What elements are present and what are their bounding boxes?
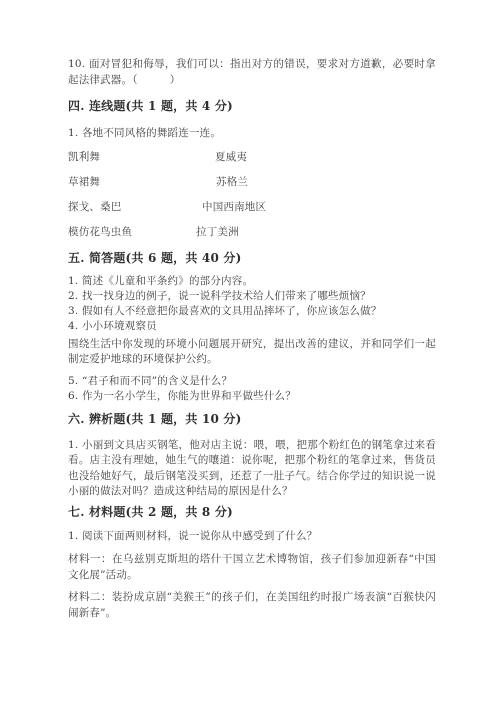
section-title-material: 七. 材料题(共 2 题，共 8 分) bbox=[68, 504, 436, 520]
matching-pairs: 凯利舞夏威夷 草裙舞苏格兰 探戈、桑巴中国西南地区 模仿花鸟虫鱼拉丁美洲 bbox=[68, 150, 436, 240]
exam-page: 10. 面对冒犯和侮辱，我们可以：指出对方的错误，要求对方道歉，必要时拿起法律武… bbox=[0, 0, 500, 707]
matching-left-item: 草裙舞 bbox=[68, 175, 196, 190]
matching-right-item: 拉丁美洲 bbox=[196, 226, 239, 238]
matching-question: 1. 各地不同风格的舞蹈连一连。 bbox=[68, 126, 436, 142]
matching-row: 草裙舞苏格兰 bbox=[68, 175, 436, 190]
material-question: 1. 阅读下面两则材料，说一说你从中感受到了什么？ bbox=[68, 529, 436, 545]
section-title-matching: 四. 连线题(共 1 题，共 4 分) bbox=[68, 98, 436, 114]
discrimination-question: 1. 小丽到文具店买钢笔，他对店主说：喂，喂，把那个粉红色的钢笔拿过来看看。店主… bbox=[68, 438, 436, 500]
short-answer-items-1-4: 1. 简述《儿童和平条约》的部分内容。 2. 找一找身边的例子，说一说科学技术给… bbox=[68, 274, 436, 334]
material-1-text: 材料一：在乌兹别克斯坦的塔什干国立艺术博物馆，孩子们参加迎新春“中国文化展”活动… bbox=[68, 552, 436, 583]
short-answer-items-5-6: 5. “君子和而不同”的含义是什么？ 6. 作为一名小学生，你能为世界和平做些什… bbox=[68, 374, 436, 404]
section-title-short-answer: 五. 简答题(共 6 题，共 40 分) bbox=[68, 250, 436, 266]
short-answer-item-3: 3. 假如有人不经意把你最喜欢的文具用品摔坏了，你应该怎么做？ bbox=[68, 304, 436, 319]
matching-left-item: 探戈、桑巴 bbox=[68, 200, 196, 215]
matching-right-item: 夏威夷 bbox=[196, 151, 247, 163]
matching-left-item: 凯利舞 bbox=[68, 150, 196, 165]
material-2-text: 材料二：装扮成京剧“美猴王”的孩子们，在美国纽约时报广场表演“百猴快闪闹新春”。 bbox=[68, 590, 436, 621]
matching-row: 探戈、桑巴中国西南地区 bbox=[68, 200, 436, 215]
section-title-discrimination: 六. 辨析题(共 1 题，共 10 分) bbox=[68, 411, 436, 427]
page-content: 10. 面对冒犯和侮辱，我们可以：指出对方的错误，要求对方道歉，必要时拿起法律武… bbox=[0, 0, 500, 621]
matching-row: 凯利舞夏威夷 bbox=[68, 150, 436, 165]
short-answer-item-4: 4. 小小环境观察员 bbox=[68, 319, 436, 334]
short-answer-item-1: 1. 简述《儿童和平条约》的部分内容。 bbox=[68, 274, 436, 289]
matching-right-item: 苏格兰 bbox=[196, 176, 248, 188]
matching-left-item: 模仿花鸟虫鱼 bbox=[68, 225, 196, 240]
matching-right-item: 中国西南地区 bbox=[196, 201, 266, 213]
short-answer-q4-detail: 围绕生活中你发现的环境小问题展开研究，提出改善的建议，并和同学们一起制定爱护地球… bbox=[68, 337, 436, 368]
short-answer-item-2: 2. 找一找身边的例子，说一说科学技术给人们带来了哪些烦恼？ bbox=[68, 289, 436, 304]
matching-row: 模仿花鸟虫鱼拉丁美洲 bbox=[68, 225, 436, 240]
short-answer-item-5: 5. “君子和而不同”的含义是什么？ bbox=[68, 374, 436, 389]
short-answer-item-6: 6. 作为一名小学生，你能为世界和平做些什么？ bbox=[68, 389, 436, 404]
question-10: 10. 面对冒犯和侮辱，我们可以：指出对方的错误，要求对方道歉，必要时拿起法律武… bbox=[68, 57, 436, 88]
